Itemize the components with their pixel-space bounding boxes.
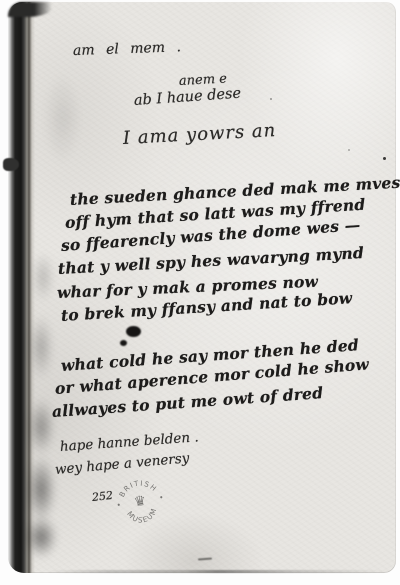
- page-bottom-edge-shadow: [48, 570, 388, 573]
- stamp-dot-left: [117, 503, 120, 506]
- manuscript-photo: { "page": { "scribbles_top": [ "am el me…: [0, 0, 400, 585]
- manuscript-page: am el mem . anem e ab I haue dese I ama …: [8, 2, 396, 573]
- stain: [36, 54, 88, 184]
- ink-blot: [126, 326, 141, 337]
- stamp-dot-right: [160, 496, 163, 499]
- crown-icon: ♛: [133, 493, 148, 511]
- pen-trial-line: I ama yowrs an: [122, 120, 276, 149]
- stain: [24, 302, 58, 392]
- spine-clasp-mark: [3, 158, 19, 171]
- pen-trial-line: wey hape a venersy: [54, 450, 190, 478]
- british-museum-stamp: BRITISH MUSEUM ♛: [109, 470, 172, 533]
- ink-speck: [348, 149, 350, 151]
- ink-speck: [383, 157, 386, 160]
- ink-blot: [120, 340, 127, 346]
- pen-trial-line: ab I haue dese: [133, 86, 241, 109]
- ink-speck: [270, 98, 272, 100]
- stain: [18, 507, 64, 567]
- pen-trial-line: am el mem .: [73, 39, 182, 59]
- spine-top-corner: [8, 2, 52, 17]
- bottom-edge-mark: [198, 558, 212, 561]
